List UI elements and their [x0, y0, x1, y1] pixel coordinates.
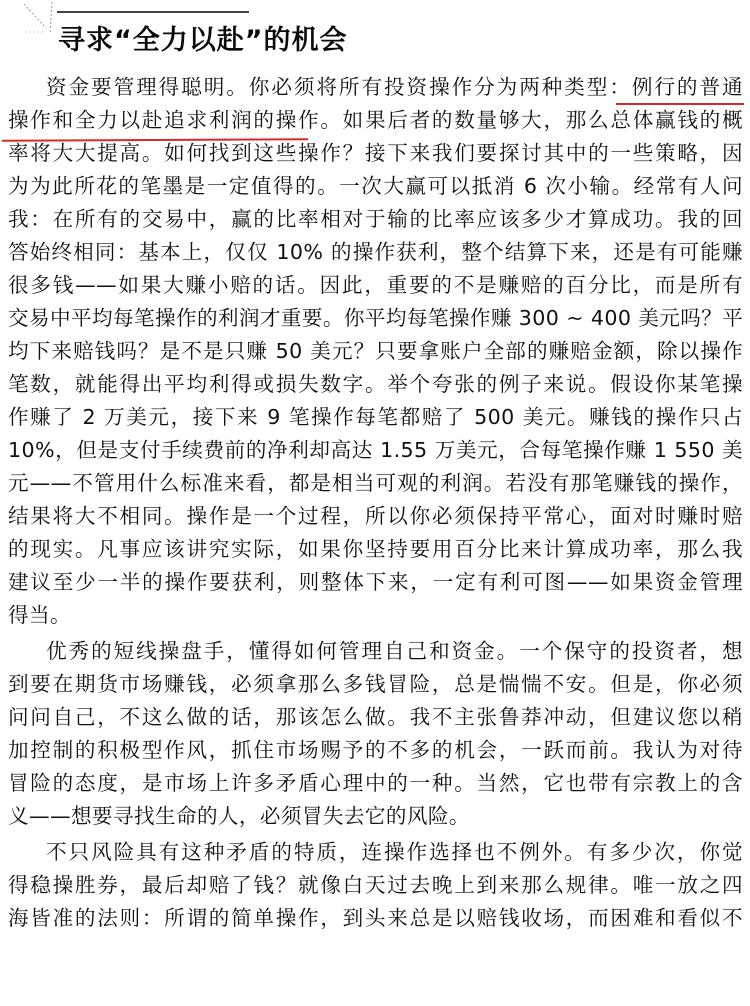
red-underline [616, 103, 744, 105]
text-line: 我：在所有的交易中，赢的比率相对于输的比率应该多少才算成功。我的回 [8, 203, 743, 236]
text-line: 到要在期货市场赚钱，必须拿那么多钱冒险，总是惴惴不安。但是，你必须 [8, 668, 743, 701]
text-line: 海皆准的法则：所谓的简单操作，到头来总是以赔钱收场，而困难和看似不 [8, 902, 743, 935]
body-text: 资金要管理得聪明。你必须将所有投资操作分为两种类型：例行的普通 操作和全力以赴追… [8, 71, 743, 935]
text-line: 率将大大提高。如何找到这些操作？接下来我们要探讨其中的一些策略，因 [8, 137, 743, 170]
text-line: 得当。 [8, 599, 743, 632]
scan-corner-mark-icon [22, 0, 58, 34]
text-line: 优秀的短线操盘手，懂得如何管理自己和资金。一个保守的投资者，想 [8, 635, 743, 668]
text-line: 建议至少一半的操作要获利，则整体下来，一定有利可图——如果资金管理 [8, 566, 743, 599]
text-line: 不只风险具有这种矛盾的特质，连操作选择也不例外。有多少次，你觉 [8, 836, 743, 869]
text-line: 交易中平均每笔操作的利润才重要。你平均每笔操作赚 300 ~ 400 美元吗？平 [8, 302, 743, 335]
text-line: 操作和全力以赴追求利润的操作。如果后者的数量够大，那么总体赢钱的概 [8, 104, 743, 137]
text-line: 很多钱——如果大赚小赔的话。因此，重要的不是赚赔的百分比，而是所有 [8, 269, 743, 302]
text-line: 结果将大不相同。操作是一个过程，所以你必须保持平常心，面对时赚时赔 [8, 500, 743, 533]
section-title: 寻求“全力以赴”的机会 [58, 18, 348, 57]
text-line: 笔数，就能得出平均利得或损失数字。举个夸张的例子来说。假设你某笔操 [8, 368, 743, 401]
text-line: 答始终相同：基本上，仅仅 10% 的操作获利，整个结算下来，还是有可能赚 [8, 236, 743, 269]
text-line: 元——不管用什么标准来看，都是相当可观的利润。若没有那笔赚钱的操作， [8, 467, 743, 500]
text-line: 10%，但是支付手续费前的净利却高达 1.55 万美元，合每笔操作赚 1 550… [8, 434, 743, 467]
text-line: 的现实。凡事应该讲究实际，如果你坚持要用百分比来计算成功率，那么我 [8, 533, 743, 566]
text-line: 为为此所花的笔墨是一定值得的。一次大赢可以抵消 6 次小输。经常有人问 [8, 170, 743, 203]
text-line: 作赚了 2 万美元，接下来 9 笔操作每笔都赔了 500 美元。赚钱的操作只占 [8, 401, 743, 434]
text-line: 均下来赔钱吗？是不是只赚 50 美元？只要拿账户全部的赚赔金额，除以操作 [8, 335, 743, 368]
text-line: 加控制的积极型作风，抓住市场赐予的不多的机会，一跃而前。我认为对待 [8, 734, 743, 767]
text-line: 义——想要寻找生命的人，必须冒失去它的风险。 [8, 800, 743, 833]
text-line: 得稳操胜券，最后却赔了钱？就像白天过去晚上到来那么规律。唯一放之四 [8, 869, 743, 902]
text-line: 问问自己，不这么做的话，那该怎么做。我不主张鲁莽冲动，但建议您以稍 [8, 701, 743, 734]
text-line: 资金要管理得聪明。你必须将所有投资操作分为两种类型：例行的普通 [8, 71, 743, 104]
text-line: 冒险的态度，是市场上许多矛盾心理中的一种。当然，它也带有宗教上的含 [8, 767, 743, 800]
header-rule [57, 11, 249, 13]
